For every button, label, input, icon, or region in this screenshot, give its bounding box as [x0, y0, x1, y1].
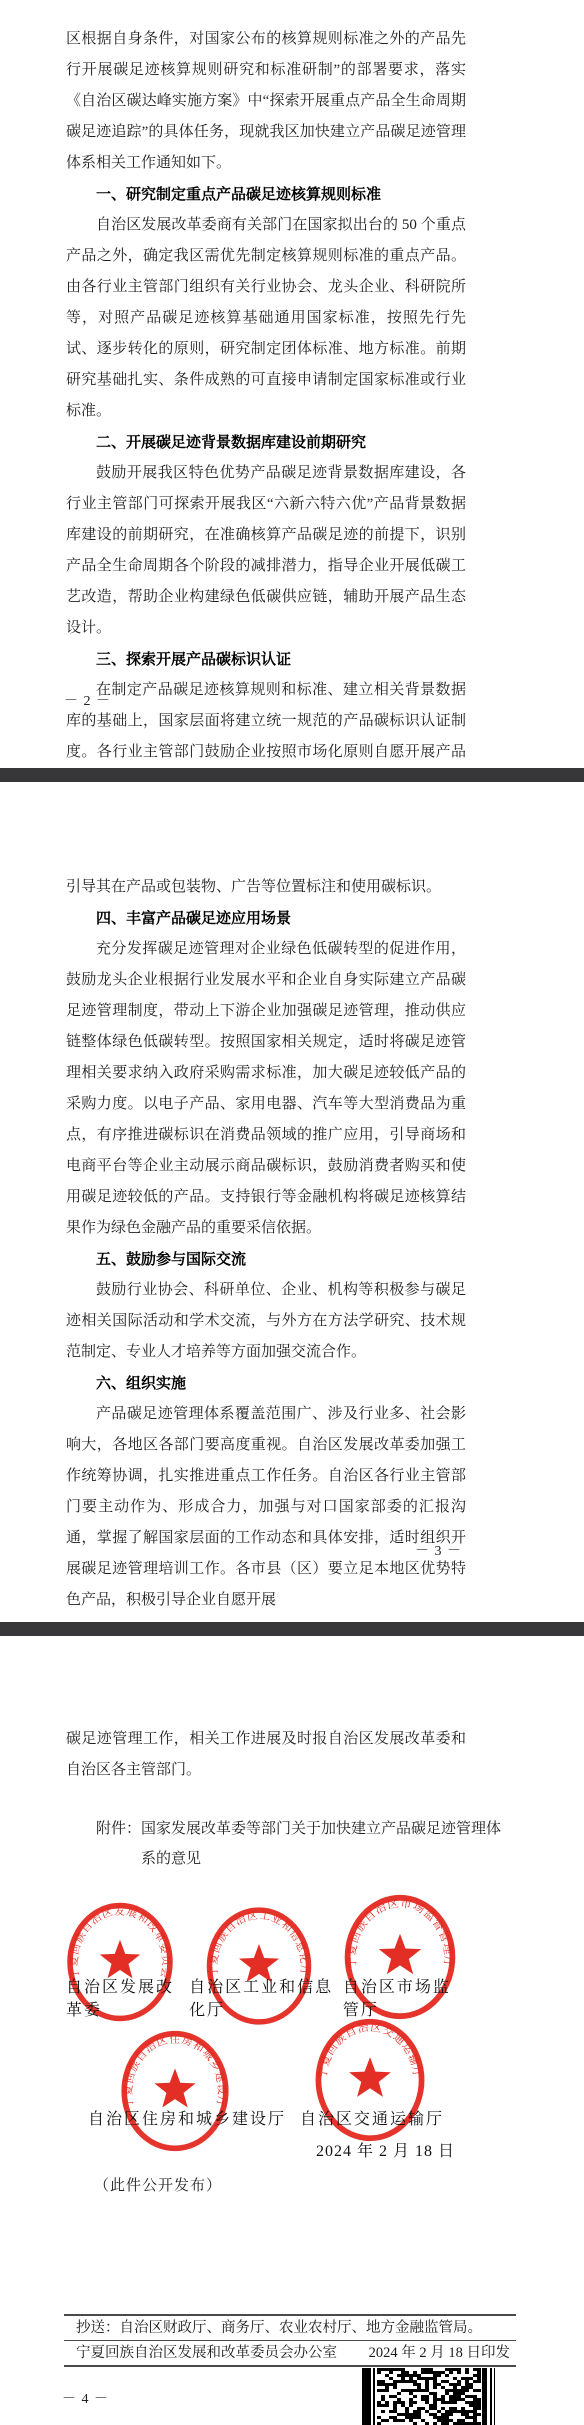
footer-issuer-row: 宁夏回族自治区发展和改革委员会办公室 2024 年 2 月 18 日印发: [64, 2341, 516, 2365]
document-barcode: [362, 2368, 496, 2425]
paragraph: 鼓励行业协会、科研单位、企业、机构等积极参与碳足迹相关国际活动和学术交流，与外方…: [66, 1275, 466, 1368]
page-2: 区根据自身条件，对国家公布的核算规则标准之外的产品先行开展碳足迹核算规则研究和标…: [0, 0, 584, 768]
paragraph: 鼓励开展我区特色优势产品碳足迹背景数据库建设，各行业主管部门可探索开展我区“六新…: [66, 458, 466, 644]
section-heading-3: 三、探索开展产品碳标识认证: [66, 644, 466, 675]
seal-caption-row-1: 自治区发展改革委 自治区工业和信息化厅 自治区市场监管厅: [66, 1974, 466, 2020]
paragraph: 产品碳足迹管理体系覆盖范围广、涉及行业多、社会影响大，各地区各部门要高度重视。自…: [66, 1399, 466, 1616]
seal-caption: 自治区住房和城乡建设厅: [88, 2106, 286, 2129]
signature-date: 2024 年 2 月 18 日: [316, 2138, 455, 2161]
page-3: 引导其在产品或包装物、广告等位置标注和使用碳标识。 四、丰富产品碳足迹应用场景 …: [0, 782, 584, 1622]
page-number: － 3 －: [415, 1540, 462, 1560]
seal-caption: 自治区市场监管厅: [343, 1974, 466, 2020]
public-release-note: （此件公开发布）: [94, 2174, 222, 2195]
paragraph: 区根据自身条件，对国家公布的核算规则标准之外的产品先行开展碳足迹核算规则研究和标…: [66, 24, 466, 179]
paragraph: 充分发挥碳足迹管理对企业绿色低碳转型的促进作用，鼓励龙头企业根据行业发展水平和企…: [66, 934, 466, 1244]
document-viewer: 区根据自身条件，对国家公布的核算规则标准之外的产品先行开展碳足迹核算规则研究和标…: [0, 0, 584, 2425]
section-heading-2: 二、开展碳足迹背景数据库建设前期研究: [66, 427, 466, 458]
page-3-body: 引导其在产品或包装物、广告等位置标注和使用碳标识。 四、丰富产品碳足迹应用场景 …: [66, 872, 466, 1616]
section-heading-1: 一、研究制定重点产品碳足迹核算规则标准: [66, 179, 466, 210]
seal-housing-urban-rural-icon: 宁夏回族自治区住房和城乡建设厅: [116, 2028, 234, 2154]
footer-issuer: 宁夏回族自治区发展和改革委员会办公室: [76, 2342, 337, 2364]
section-heading-6: 六、组织实施: [66, 1368, 466, 1399]
page-2-body: 区根据自身条件，对国家公布的核算规则标准之外的产品先行开展碳足迹核算规则研究和标…: [66, 24, 466, 768]
page-4: 碳足迹管理工作，相关工作进展及时报自治区发展改革委和自治区各主管部门。 附件：国…: [0, 1636, 584, 2425]
page-gap: [0, 1622, 584, 1636]
paragraph: 在制定产品碳足迹核算规则和标准、建立相关背景数据库的基础上，国家层面将建立统一规…: [66, 675, 466, 768]
seal-caption-row-2: 自治区住房和城乡建设厅 自治区交通运输厅: [66, 2106, 466, 2129]
footer-print-date: 2024 年 2 月 18 日印发: [369, 2342, 510, 2364]
page-gap: [0, 768, 584, 782]
page-number: － 2 －: [64, 690, 111, 710]
footer-box: 抄送：自治区财政厅、商务厅、农业农村厅、地方金融监管局。 宁夏回族自治区发展和改…: [64, 2314, 516, 2367]
page-4-body: 碳足迹管理工作，相关工作进展及时报自治区发展改革委和自治区各主管部门。: [66, 1724, 466, 1786]
paragraph: 自治区发展改革委商有关部门在国家拟出台的 50 个重点产品之外，确定我区需优先制…: [66, 210, 466, 427]
seal-caption: 自治区交通运输厅: [300, 2106, 444, 2129]
attachment-note: 附件：国家发展改革委等部门关于加快建立产品碳足迹管理体系的意见: [96, 1814, 507, 1874]
seal-caption: 自治区工业和信息化厅: [189, 1974, 343, 2020]
seal-caption: 自治区发展改革委: [66, 1974, 189, 2020]
section-heading-4: 四、丰富产品碳足迹应用场景: [66, 903, 466, 934]
section-heading-5: 五、鼓励参与国际交流: [66, 1244, 466, 1275]
paragraph: 碳足迹管理工作，相关工作进展及时报自治区发展改革委和自治区各主管部门。: [66, 1724, 466, 1786]
footer-copy-to: 抄送：自治区财政厅、商务厅、农业农村厅、地方金融监管局。: [64, 2316, 516, 2341]
paragraph: 引导其在产品或包装物、广告等位置标注和使用碳标识。: [66, 872, 466, 903]
page-number: － 4 －: [62, 2388, 109, 2408]
